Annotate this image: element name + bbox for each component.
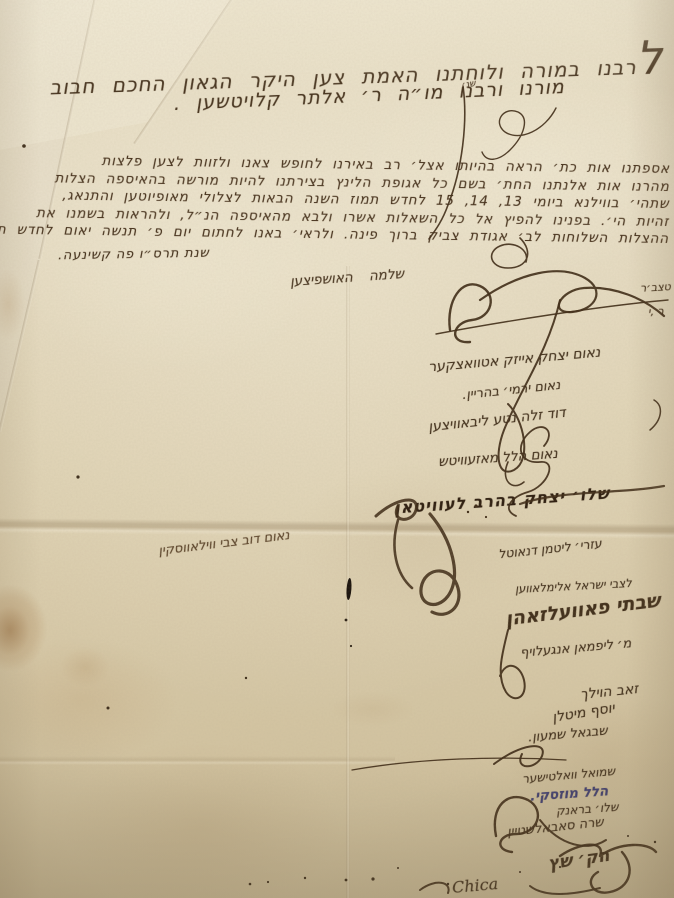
signature-latin-script: Chica [451, 874, 499, 897]
document-photo: לרבנו במורה ולוחתנו האמת צען היקר הגאון … [0, 0, 674, 898]
signature: שרה סאבאלשטיין [506, 815, 604, 840]
signature: נאום הלל מאזעוויטש [438, 446, 559, 470]
edge-fragment: ר ,י [648, 305, 664, 319]
paper-stain [52, 640, 118, 694]
paper-stain [318, 686, 428, 732]
signature: לצבי ישראל אלימלאווען [515, 576, 632, 596]
signature: יוסף מיטלן [551, 700, 616, 726]
horizontal-fold-crease [0, 518, 674, 539]
signature: נאום ירמי׳ בהריין. [461, 378, 561, 403]
signature: מ׳ ליפמאן אנגעלויף [520, 636, 632, 661]
signature: שבגאל שמעון. [527, 724, 608, 746]
signature: שבתי פאוועלזאהן [504, 590, 661, 631]
body-paragraph: אספתנו אות כת׳ הראה בהיותו אצל׳ רב באירנ… [3, 152, 670, 249]
signature: נאום יצחק אייזק אטוואצקער [428, 345, 601, 376]
signature: דוד זלה נטע ליבאוויצען [428, 405, 567, 435]
signature: שלו׳ בראנק [556, 800, 619, 818]
signature: שלו׳ יצחק בהרב לעוויטאן [394, 483, 611, 517]
signature: עזרי׳ ליטמן דנאוטל [498, 536, 603, 562]
faint-lower-crease [0, 756, 395, 765]
edge-fragment: טצב׳ר [640, 280, 671, 295]
vertical-fold-crease [346, 266, 350, 898]
body-date-line: שנת תרס״ו פה קשינעה. [58, 246, 210, 264]
signature: הק׳ שץ [547, 846, 611, 874]
